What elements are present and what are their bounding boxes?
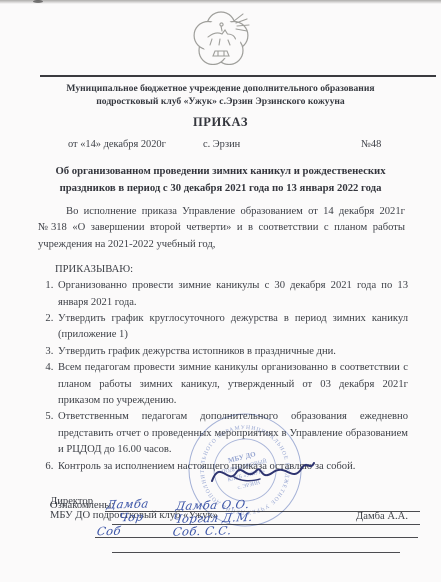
stamp-center-line: с. ЭРЗИН — [237, 480, 261, 491]
order-preamble: Во исполнение приказа Управление образов… — [38, 204, 405, 253]
order-item: Ответственным педагогам дополнительного … — [56, 409, 408, 458]
date-row: от «14» декабря 2020г с. Эрзин №48 — [0, 139, 441, 152]
order-word: ПРИКАЗЫВАЮ: — [55, 264, 441, 275]
signature-line — [95, 537, 418, 538]
handwritten-name: Соб. С.С. — [172, 523, 233, 539]
order-item: Контроль за исполнением настоящего прика… — [56, 459, 408, 475]
order-item: Всем педагогам провести зимние каникулы … — [56, 360, 408, 409]
acknowledgement-label: Ознакомлены: — [50, 500, 114, 511]
organization-name: Муниципальное бюджетное учреждение допол… — [0, 82, 441, 108]
signature-line — [112, 524, 420, 525]
handwritten-signature: Соб — [96, 524, 122, 539]
order-items-list: Организованно провести зимние каникулы с… — [40, 278, 408, 475]
order-place: с. Эрзин — [203, 139, 240, 150]
acknowledgement-block: Ознакомлены: Дамба Дамба О.О. Чор Чоргал… — [0, 497, 441, 572]
scan-edge-artifact — [0, 0, 441, 4]
order-item: Организованно провести зимние каникулы с… — [56, 278, 408, 311]
order-item: Утвердить график круглосуточного дежурст… — [56, 311, 408, 344]
order-number: №48 — [361, 139, 381, 150]
signature-line — [105, 511, 420, 512]
order-date: от «14» декабря 2020г — [68, 139, 166, 150]
header-rule — [40, 75, 436, 77]
document-title: ПРИКАЗ — [0, 115, 441, 130]
horseman-rosette-emblem-icon — [190, 11, 252, 65]
handwritten-signature: Чор — [118, 510, 145, 525]
order-subject: Об организованном проведении зимних кани… — [46, 163, 395, 197]
scanned-order-document: Муниципальное бюджетное учреждение допол… — [0, 0, 441, 582]
scan-smudge — [33, 0, 43, 3]
order-item: Утвердить график дежурства истопников в … — [56, 344, 408, 360]
signature-line — [112, 552, 400, 553]
